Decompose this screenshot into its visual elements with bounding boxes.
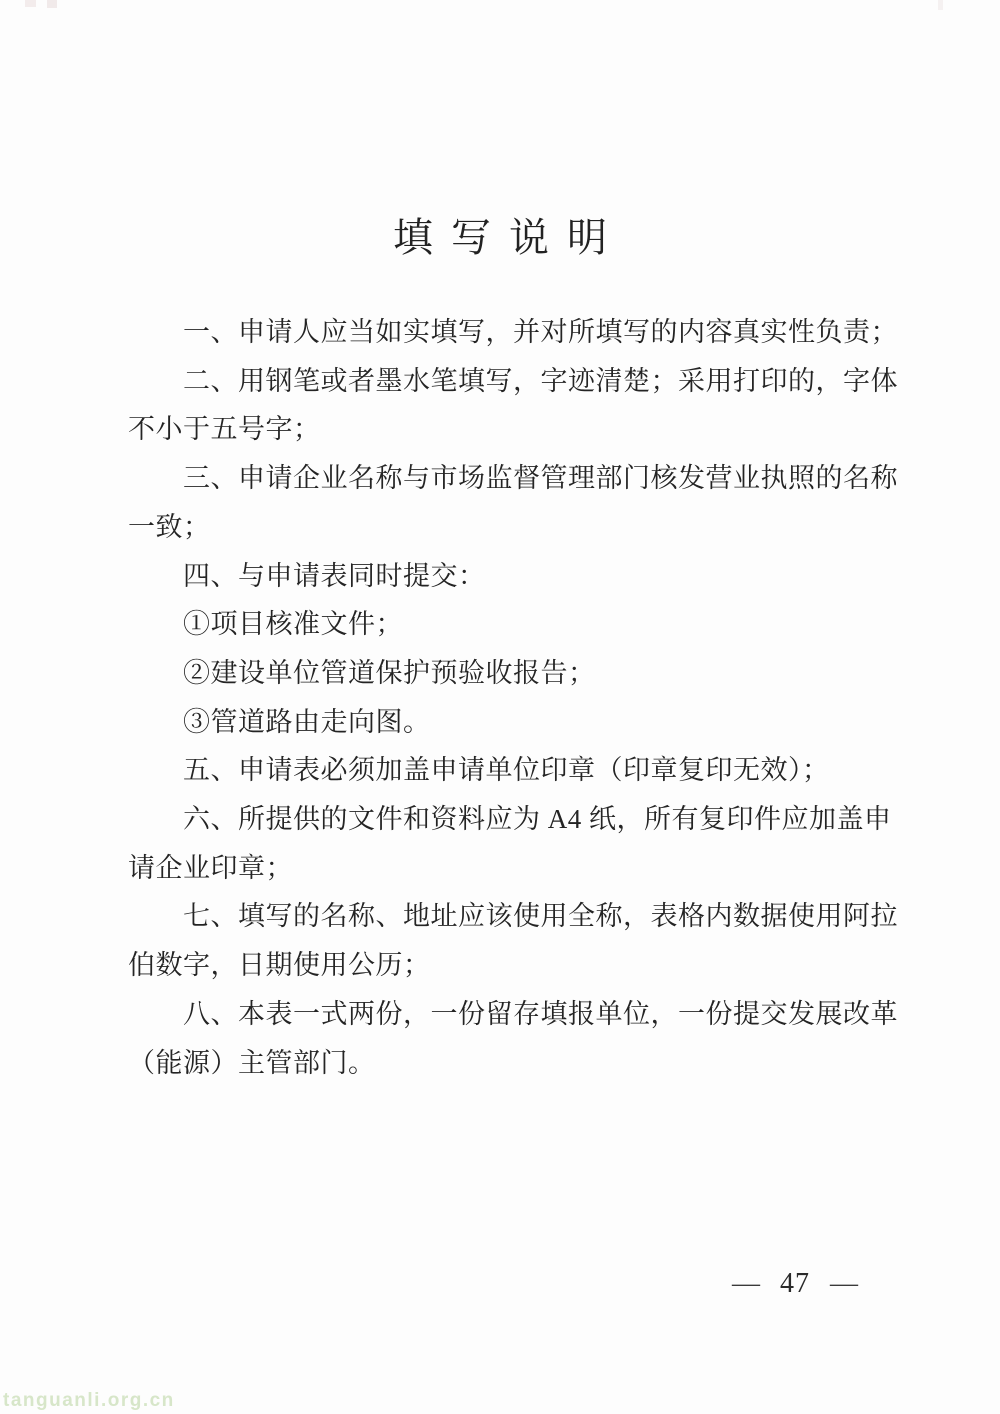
instruction-line: 伯数字，日期使用公历； xyxy=(128,941,882,990)
document-page: 填写说明 一、申请人应当如实填写，并对所填写的内容真实性负责；二、用钢笔或者墨水… xyxy=(0,0,1000,1414)
instruction-line: 七、填写的名称、地址应该使用全称，表格内数据使用阿拉 xyxy=(128,892,882,941)
instruction-line: （能源）主管部门。 xyxy=(128,1039,882,1088)
scan-artifact xyxy=(938,0,943,10)
page-number-left-dash: — xyxy=(732,1268,760,1300)
scan-artifact xyxy=(47,0,57,8)
instruction-line: 一致； xyxy=(128,503,882,552)
instructions-body: 一、申请人应当如实填写，并对所填写的内容真实性负责；二、用钢笔或者墨水笔填写，字… xyxy=(128,308,882,1087)
instruction-line: ①项目核准文件； xyxy=(128,600,882,649)
instruction-line: 四、与申请表同时提交： xyxy=(128,552,882,601)
instruction-line: ②建设单位管道保护预验收报告； xyxy=(128,649,882,698)
instruction-line: 二、用钢笔或者墨水笔填写，字迹清楚；采用打印的，字体 xyxy=(128,357,882,406)
instruction-line: 三、申请企业名称与市场监督管理部门核发营业执照的名称 xyxy=(128,454,882,503)
instruction-line: 六、所提供的文件和资料应为 A4 纸，所有复印件应加盖申 xyxy=(128,795,882,844)
site-watermark: tanguanli.org.cn xyxy=(3,1390,175,1412)
page-number-right-dash: — xyxy=(830,1268,858,1300)
page-number-value: 47 xyxy=(780,1268,810,1300)
page-title: 填写说明 xyxy=(0,214,1000,262)
instruction-line: 不小于五号字； xyxy=(128,405,882,454)
instruction-line: 请企业印章； xyxy=(128,844,882,893)
instruction-line: 一、申请人应当如实填写，并对所填写的内容真实性负责； xyxy=(128,308,882,357)
page-number: — 47 — xyxy=(732,1268,858,1300)
instruction-line: ③管道路由走向图。 xyxy=(128,698,882,747)
instruction-line: 五、申请表必须加盖申请单位印章（印章复印无效）； xyxy=(128,746,882,795)
scan-artifact xyxy=(25,0,36,7)
instruction-line: 八、本表一式两份，一份留存填报单位，一份提交发展改革 xyxy=(128,990,882,1039)
